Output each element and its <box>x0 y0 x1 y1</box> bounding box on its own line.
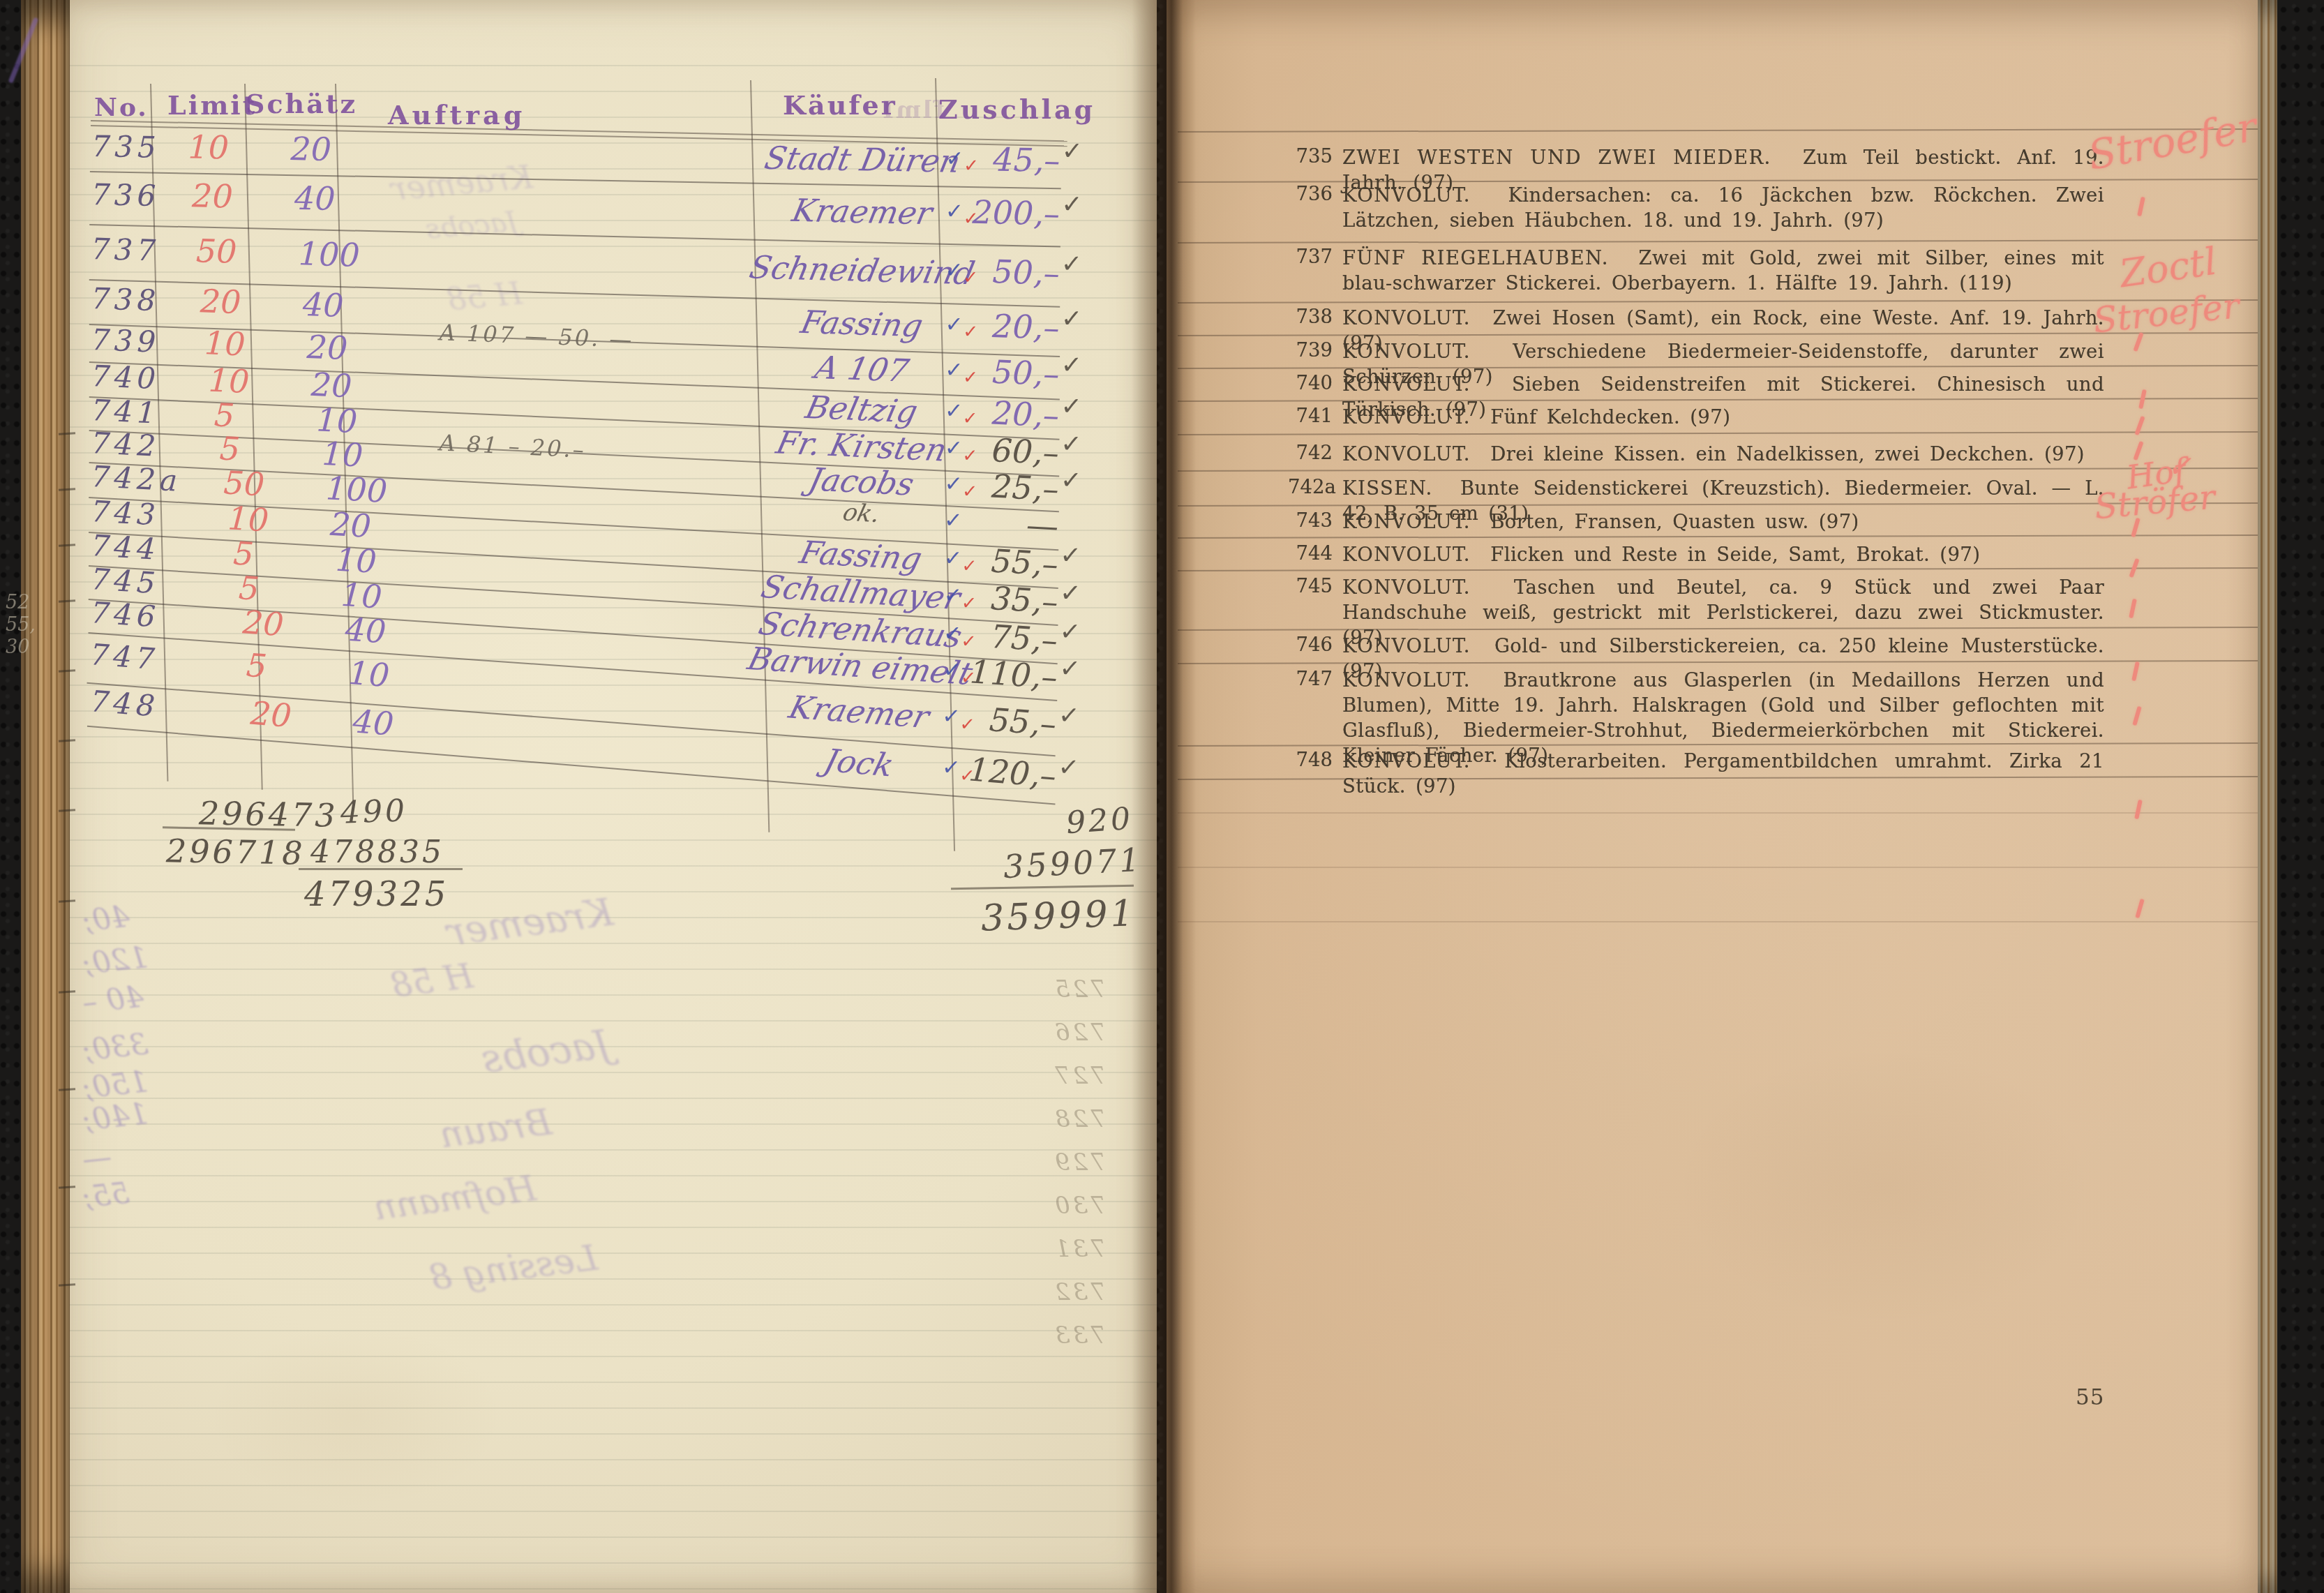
limit-cell: 10 <box>208 361 250 401</box>
blue-checkmark: ✓ <box>945 260 964 282</box>
catalog-entry-number: 740 <box>1288 372 1333 394</box>
lot-number-cell: 745 <box>90 562 160 600</box>
catalog-entry-number: 736 <box>1288 183 1333 205</box>
blue-checkmark: ✓ <box>941 756 961 779</box>
limit-cell: 20 <box>192 177 234 215</box>
catalog-entry-description: Borten, Fransen, Quasten usw. (97) <box>1490 511 1859 533</box>
margin-pencil-checkmark: ✓ <box>1060 432 1082 458</box>
catalog-entry-title: FÜNF RIEGELHAUBEN. <box>1342 247 1609 269</box>
catalog-entry-description: Fünf Kelchdecken. (97) <box>1490 406 1730 428</box>
margin-pencil-checkmark: ✓ <box>1057 755 1080 781</box>
blue-checkmark: ✓ <box>944 473 964 495</box>
catalog-entry-title: KONVOLUT. <box>1342 635 1471 657</box>
lot-number-cell: 742a <box>91 459 183 498</box>
blue-checkmark: ✓ <box>943 548 963 570</box>
left-page-stack-edge <box>21 0 73 1593</box>
lot-number-cell: 744 <box>90 528 160 567</box>
catalog-entry-text: KONVOLUT. Fünf Kelchdecken. (97) <box>1342 405 2104 430</box>
catalog-entry-number: 745 <box>1288 575 1333 597</box>
catalog-entry-text: FÜNF RIEGELHAUBEN. Zwei mit Gold, zwei m… <box>1342 246 2104 296</box>
column-header-no: No. <box>94 93 149 122</box>
catalog-entry-title: KONVOLUT. <box>1342 750 1471 772</box>
schaetz-cell: 20 <box>306 328 349 367</box>
page-number: 55 <box>2076 1385 2104 1410</box>
column-header-schaetz: Schätz <box>246 88 357 119</box>
catalog-entry-title: KONVOLUT. <box>1342 511 1471 533</box>
schaetz-cell: 40 <box>352 702 396 743</box>
catalog-entry-number: 741 <box>1288 405 1333 427</box>
catalog-entry-title: KONVOLUT. <box>1342 406 1471 428</box>
limit-cell: 20 <box>241 603 285 643</box>
catalog-entry-title: ZWEI WESTEN UND ZWEI MIEDER. <box>1342 147 1771 169</box>
zuschlag-cell: 35,– <box>965 578 1059 621</box>
limit-cell: 5 <box>213 396 236 434</box>
margin-pencil-checkmark: ✓ <box>1061 139 1083 165</box>
ruled-line-faint <box>1178 921 2258 922</box>
lot-number-cell: 737 <box>91 232 160 268</box>
lot-number-cell: 748 <box>89 684 160 724</box>
zuschlag-cell: 20,– <box>966 393 1060 435</box>
schaetz-cell: 100 <box>325 469 389 510</box>
schaetz-cell: 40 <box>294 179 336 218</box>
limit-cell: 10 <box>227 499 270 539</box>
blue-checkmark: ✓ <box>945 201 964 223</box>
book-gutter-shadow <box>1132 0 1196 1593</box>
column-header-auftrag: Auftrag <box>388 99 525 130</box>
limit-cell: 10 <box>188 128 229 166</box>
blue-checkmark: ✓ <box>941 705 961 728</box>
margin-pencil-checkmark: ✓ <box>1060 352 1083 378</box>
schaetz-cell: 10 <box>316 401 359 440</box>
lot-number-cell: 739 <box>91 322 160 359</box>
margin-pencil-checkmark: ✓ <box>1060 394 1083 420</box>
catalog-entry-title: KONVOLUT. <box>1342 669 1471 691</box>
limit-cell: 5 <box>245 646 268 685</box>
catalog-entry-text: KONVOLUT. Kindersachen: ca. 16 Jäckchen … <box>1342 183 2104 233</box>
blue-checkmark: ✓ <box>944 400 963 422</box>
zuschlag-cell: — <box>966 502 1060 545</box>
lot-number-cell: 736 <box>91 177 160 213</box>
blue-checkmark: ✓ <box>944 437 963 460</box>
lot-number-cell: 738 <box>91 281 160 317</box>
catalog-entry-number: 747 <box>1288 668 1333 690</box>
zuschlag-cell: 60,– <box>966 430 1060 472</box>
lot-number-cell: 740 <box>91 359 160 396</box>
catalog-entry-title: KONVOLUT. <box>1342 576 1471 599</box>
limit-cell: 50 <box>223 463 265 503</box>
blue-checkmark: ✓ <box>943 659 962 682</box>
auction-ledger-book-spread: No.LimitSchätzAuftragKäuferZuschlagflmI7… <box>0 0 2324 1593</box>
catalog-entry-number: 737 <box>1288 246 1333 268</box>
schaetz-cell: 10 <box>347 654 391 694</box>
catalog-entry-number: 742 <box>1288 442 1333 464</box>
catalog-entry-number: 738 <box>1288 306 1333 328</box>
limit-cell: 20 <box>200 282 241 321</box>
sum-value: 490 <box>340 793 408 830</box>
catalog-entry-text: KONVOLUT. Drei kleine Kissen. ein Nadelk… <box>1342 442 2104 467</box>
sum-value: 478835 <box>310 835 444 870</box>
limit-cell: 5 <box>232 534 255 574</box>
sum-underline-2 <box>299 868 463 870</box>
margin-pencil-checkmark: ✓ <box>1058 703 1081 729</box>
catalog-entry-number: 739 <box>1288 339 1333 361</box>
sum-value: 479325 <box>304 875 449 914</box>
limit-cell: 20 <box>249 694 293 735</box>
ruled-line-faint <box>1178 867 2258 868</box>
zuschlag-cell: 120,– <box>963 750 1058 795</box>
catalog-entry-title: KONVOLUT. <box>1342 184 1471 207</box>
blue-checkmark: ✓ <box>945 359 964 382</box>
fore-edge-number: 52 <box>6 592 29 613</box>
zuschlag-cell: 25,– <box>966 466 1060 509</box>
zuschlag-cell: 110,– <box>964 652 1058 696</box>
schaetz-cell: 10 <box>321 435 363 474</box>
catalog-entry-text: KONVOLUT. Borten, Fransen, Quasten usw. … <box>1342 509 2104 534</box>
margin-pencil-checkmark: ✓ <box>1060 306 1082 332</box>
catalog-entry-title: KONVOLUT. <box>1342 544 1471 566</box>
catalog-entry-description: Flicken und Reste in Seide, Samt, Brokat… <box>1490 544 1980 566</box>
column-header-zuschlag: Zuschlag <box>938 94 1095 125</box>
lot-number-cell: 743 <box>90 494 160 532</box>
margin-annotation-check: ✓ <box>2167 449 2191 484</box>
catalog-entry-description: Drei kleine Kissen. ein Nadelkissen, zwe… <box>1490 443 2085 465</box>
catalog-entry-title: KONVOLUT. <box>1342 341 1471 363</box>
zuschlag-cell: 55,– <box>963 698 1058 743</box>
zuschlag-cell: 45,– <box>968 140 1060 179</box>
blue-checkmark: ✓ <box>945 314 964 336</box>
schaetz-cell: 20 <box>329 505 373 545</box>
sum-value: 296718 <box>166 832 306 872</box>
schaetz-cell: 40 <box>302 285 344 324</box>
schaetz-cell: 20 <box>290 130 331 168</box>
catalog-entry-title: KONVOLUT. <box>1342 443 1471 465</box>
catalog-entry-text: KONVOLUT. Klosterarbeiten. Pergamentbild… <box>1342 749 2104 799</box>
zuschlag-cell: 20,– <box>967 306 1060 347</box>
catalog-entry-number: 746 <box>1288 634 1333 656</box>
ruled-line-faint <box>1178 812 2258 814</box>
zuschlag-cell: 200,– <box>967 193 1060 233</box>
right-page-stack-edge <box>2258 0 2277 1593</box>
blue-checkmark: ✓ <box>943 509 963 532</box>
blue-checkmark: ✓ <box>945 148 964 170</box>
catalog-entry-title: KONVOLUT. <box>1342 307 1471 329</box>
blue-checkmark: ✓ <box>943 585 963 608</box>
margin-pencil-checkmark: ✓ <box>1061 193 1083 218</box>
catalog-entry-text: KONVOLUT. Flicken und Reste in Seide, Sa… <box>1342 542 2104 567</box>
margin-pencil-checkmark: ✓ <box>1058 656 1081 682</box>
margin-pencil-checkmark: ✓ <box>1059 581 1081 607</box>
zuschlag-cell: 50,– <box>966 352 1060 393</box>
lot-number-cell: 742 <box>91 426 161 463</box>
fore-edge-number: 55, <box>6 614 36 636</box>
lot-number-cell: 746 <box>90 595 160 634</box>
lot-number-cell: 741 <box>91 393 160 431</box>
blue-checkmark: ✓ <box>943 622 962 645</box>
sum-value: 920 <box>1065 801 1134 842</box>
catalog-entry-title: KISSEN. <box>1342 477 1433 500</box>
zuschlag-cell: 50,– <box>967 252 1060 292</box>
margin-pencil-checkmark: ✓ <box>1059 543 1081 569</box>
catalog-entry-title: KONVOLUT. <box>1342 373 1471 396</box>
column-header-limit: Limit <box>167 89 257 121</box>
margin-pencil-checkmark: ✓ <box>1059 619 1081 645</box>
limit-cell: 50 <box>195 232 237 271</box>
schaetz-cell: 40 <box>344 611 387 651</box>
sum-value: 359071 <box>1003 841 1144 885</box>
catalog-entry-number: 735 <box>1288 145 1333 167</box>
catalog-entry-number: 748 <box>1288 749 1333 771</box>
catalog-entry-number: 744 <box>1288 542 1333 564</box>
margin-pencil-checkmark: ✓ <box>1060 468 1082 493</box>
zuschlag-cell: 55,– <box>965 540 1059 583</box>
lot-number-cell: 735 <box>91 129 160 165</box>
margin-pencil-checkmark: ✓ <box>1060 251 1082 277</box>
catalog-entry-number: 743 <box>1288 509 1333 532</box>
limit-cell: 10 <box>204 324 246 363</box>
column-header-ghost-stamp: flmI <box>880 96 944 124</box>
fore-edge-number: 30 <box>6 636 29 658</box>
sum-value: 359991 <box>980 892 1137 940</box>
schaetz-cell: 100 <box>298 234 360 274</box>
catalog-entry-number: 742a <box>1288 476 1333 498</box>
schaetz-cell: 10 <box>335 541 378 581</box>
lot-number-cell: 747 <box>89 637 160 676</box>
schaetz-cell: 20 <box>310 366 353 405</box>
limit-cell: 5 <box>238 569 261 608</box>
limit-cell: 5 <box>219 429 241 468</box>
